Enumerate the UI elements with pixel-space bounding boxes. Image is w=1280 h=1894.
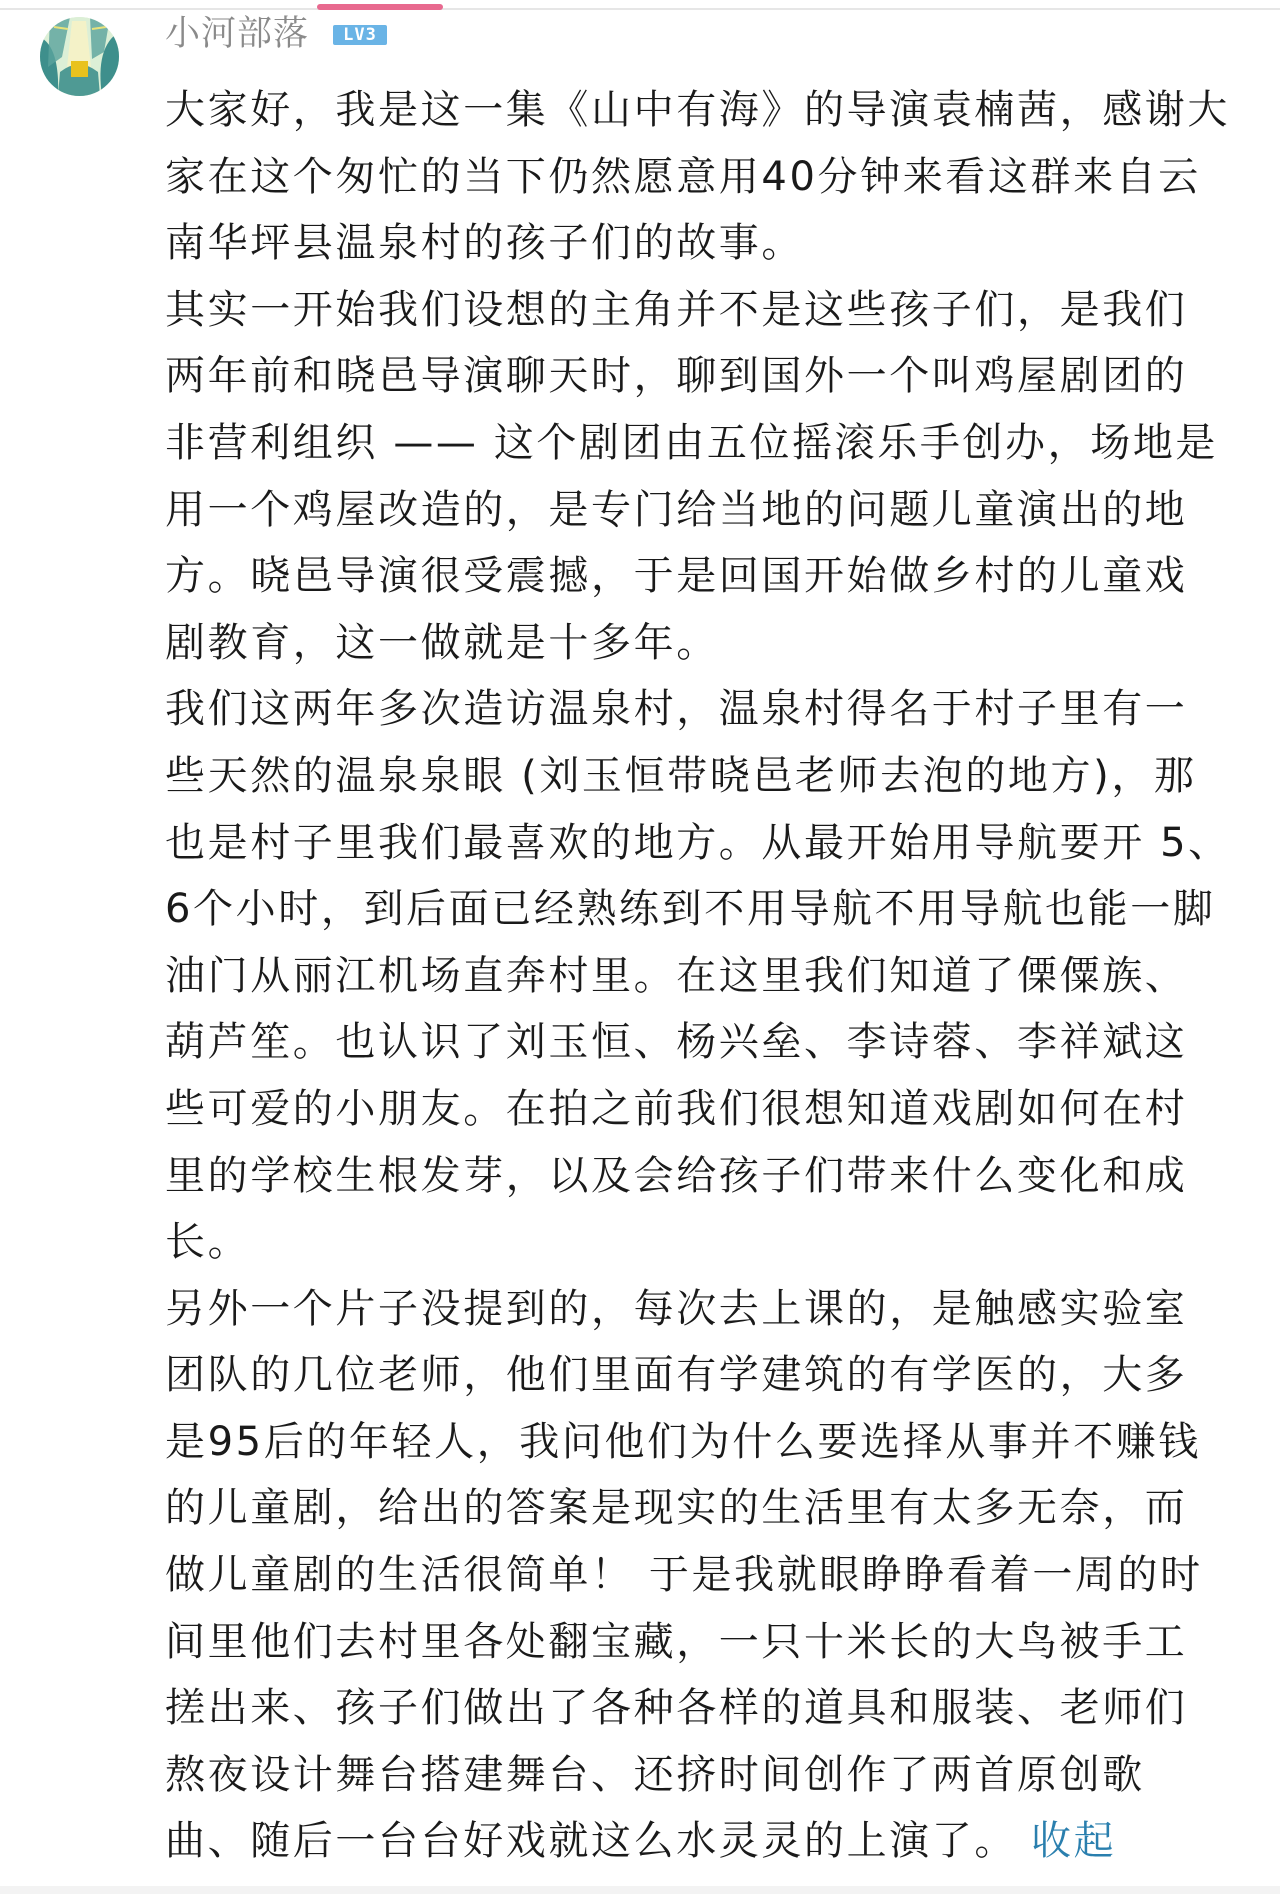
post-line: 里的学校生根发芽，以及会给孩子们带来什么变化和成	[165, 1143, 1265, 1210]
post-line: 两年前和晓邑导演聊天时，聊到国外一个叫鸡屋剧团的	[165, 343, 1265, 410]
post-line: 方。晓邑导演很受震撼，于是回国开始做乡村的儿童戏	[165, 543, 1265, 610]
collapse-link[interactable]: 收起	[1031, 1818, 1116, 1864]
post-line: 搓出来、孩子们做出了各种各样的道具和服装、老师们	[165, 1675, 1265, 1742]
post-line: 非营利组织 —— 这个剧团由五位摇滚乐手创办，场地是	[165, 410, 1265, 477]
post-line: 其实一开始我们设想的主角并不是这些孩子们，是我们	[165, 277, 1265, 344]
post-line: 我们这两年多次造访温泉村，温泉村得名于村子里有一	[165, 676, 1265, 743]
post-line-last: 曲、随后一台台好戏就这么水灵灵的上演了。收起	[165, 1808, 1265, 1875]
avatar[interactable]	[40, 17, 119, 96]
post-line: 间里他们去村里各处翻宝藏，一只十米长的大鸟被手工	[165, 1609, 1265, 1676]
top-divider	[0, 8, 1280, 10]
post-line: 长。	[165, 1209, 1265, 1276]
post-line: 些可爱的小朋友。在拍之前我们很想知道戏剧如何在村	[165, 1076, 1265, 1143]
bottom-divider	[0, 1886, 1280, 1894]
post-line-text: 曲、随后一台台好戏就这么水灵灵的上演了。	[165, 1818, 1017, 1864]
post-line: 些天然的温泉泉眼 (刘玉恒带晓邑老师去泡的地方)，那	[165, 743, 1265, 810]
username[interactable]: 小河部落	[165, 14, 309, 54]
level-badge: LV3	[333, 25, 387, 45]
post-line: 的儿童剧，给出的答案是现实的生活里有太多无奈，而	[165, 1475, 1265, 1542]
post-line: 做儿童剧的生活很简单！ 于是我就眼睁睁看着一周的时	[165, 1542, 1265, 1609]
post-line: 南华坪县温泉村的孩子们的故事。	[165, 210, 1265, 277]
avatar-illustration-icon	[40, 17, 119, 96]
post-line: 另外一个片子没提到的，每次去上课的，是触感实验室	[165, 1276, 1265, 1343]
post-line: 用一个鸡屋改造的，是专门给当地的问题儿童演出的地	[165, 477, 1265, 544]
post-line: 6个小时，到后面已经熟练到不用导航不用导航也能一脚	[165, 876, 1265, 943]
post-line: 大家好，我是这一集《山中有海》的导演袁楠茜，感谢大	[165, 77, 1265, 144]
post-line: 团队的几位老师，他们里面有学建筑的有学医的，大多	[165, 1342, 1265, 1409]
active-tab-indicator	[317, 4, 443, 10]
post-line: 是95后的年轻人，我问他们为什么要选择从事并不赚钱	[165, 1409, 1265, 1476]
post-body: 大家好，我是这一集《山中有海》的导演袁楠茜，感谢大 家在这个匆忙的当下仍然愿意用…	[165, 77, 1265, 1875]
post-line: 葫芦笙。也认识了刘玉恒、杨兴垒、李诗蓉、李祥斌这	[165, 1009, 1265, 1076]
post-line: 熬夜设计舞台搭建舞台、还挤时间创作了两首原创歌	[165, 1742, 1265, 1809]
post-line: 家在这个匆忙的当下仍然愿意用40分钟来看这群来自云	[165, 144, 1265, 211]
post-line: 也是村子里我们最喜欢的地方。从最开始用导航要开 5、	[165, 810, 1265, 877]
post-line: 剧教育，这一做就是十多年。	[165, 610, 1265, 677]
post-line: 油门从丽江机场直奔村里。在这里我们知道了傈僳族、	[165, 943, 1265, 1010]
